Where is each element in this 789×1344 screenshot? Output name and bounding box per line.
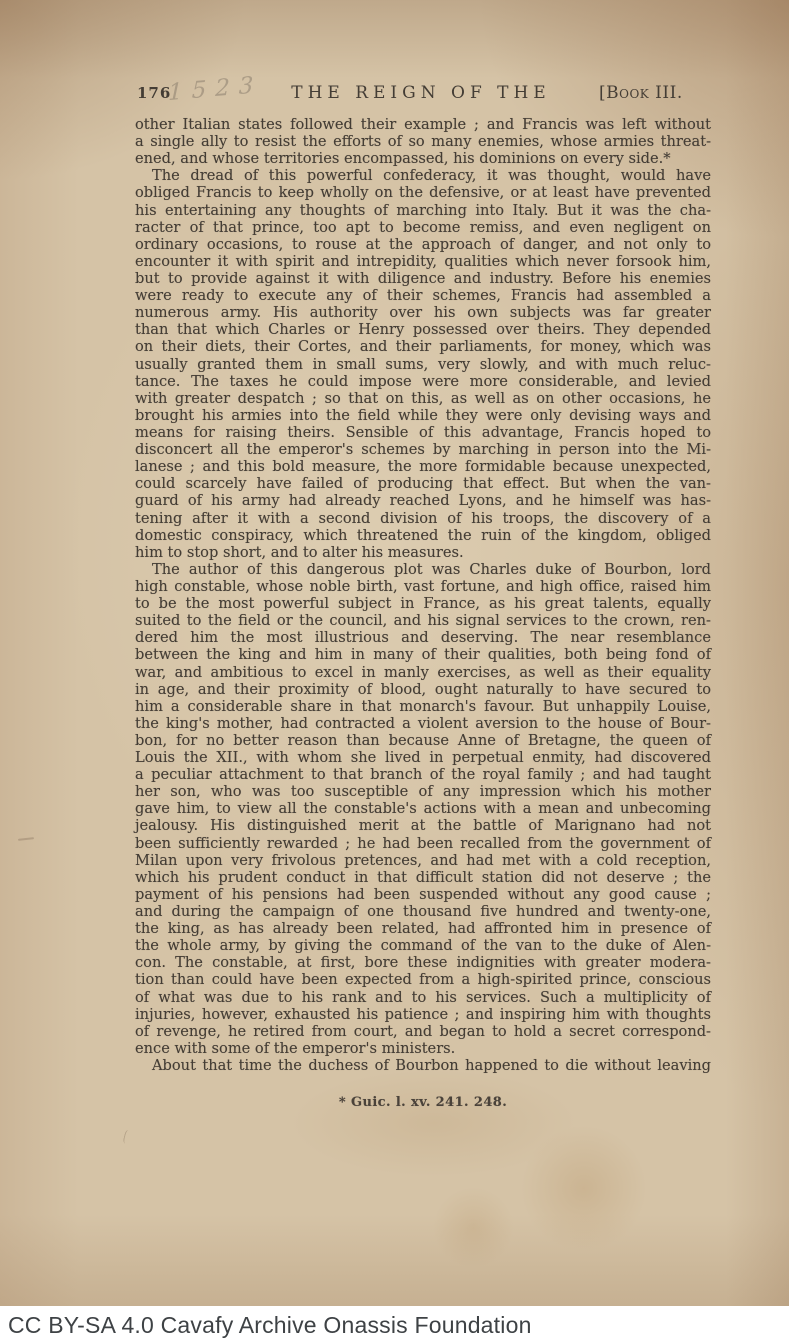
text-line: tion than could have been expected from … bbox=[135, 971, 711, 988]
text-line: to be the most powerful subject in Franc… bbox=[135, 595, 711, 612]
text-line: jealousy. His distinguished merit at the… bbox=[135, 817, 711, 834]
text-line: The dread of this powerful confederacy, … bbox=[135, 167, 711, 184]
text-line: means for raising theirs. Sensible of th… bbox=[135, 424, 711, 441]
text-line: About that time the duchess of Bourbon h… bbox=[135, 1057, 711, 1074]
text-line: ened, and whose territories encompassed,… bbox=[135, 150, 711, 167]
text-line: of what was due to his rank and to his s… bbox=[135, 989, 711, 1006]
text-line: Milan upon very frivolous pretences, and… bbox=[135, 852, 711, 869]
text-line: with greater despatch ; so that on this,… bbox=[135, 390, 711, 407]
text-line: racter of that prince, too apt to become… bbox=[135, 219, 711, 236]
text-line: obliged Francis to keep wholly on the de… bbox=[135, 184, 711, 201]
footnote-citation: * Guic. l. xv. 241. 248. bbox=[135, 1095, 711, 1110]
text-line: the whole army, by giving the command of… bbox=[135, 937, 711, 954]
text-line: domestic conspiracy, which threatened th… bbox=[135, 527, 711, 544]
text-line: him a considerable share in that monarch… bbox=[135, 698, 711, 715]
text-line: disconcert all the emperor's schemes by … bbox=[135, 441, 711, 458]
text-line: con. The constable, at first, bore these… bbox=[135, 954, 711, 971]
text-line: tening after it with a second division o… bbox=[135, 510, 711, 527]
text-line: suited to the field or the council, and … bbox=[135, 612, 711, 629]
text-line: a peculiar attachment to that branch of … bbox=[135, 766, 711, 783]
license-bar: CC BY-SA 4.0 Cavafy Archive Onassis Foun… bbox=[0, 1306, 789, 1344]
text-line: and during the campaign of one thousand … bbox=[135, 903, 711, 920]
scanned-book-page: 176 1523 THE REIGN OF THE [Book III. oth… bbox=[0, 0, 789, 1344]
text-line: brought his armies into the field while … bbox=[135, 407, 711, 424]
text-line: which his prudent conduct in that diffic… bbox=[135, 869, 711, 886]
text-line: The author of this dangerous plot was Ch… bbox=[135, 561, 711, 578]
text-line: on their diets, their Cortes, and their … bbox=[135, 338, 711, 355]
text-line: than that which Charles or Henry possess… bbox=[135, 321, 711, 338]
text-line: payment of his pensions had been suspend… bbox=[135, 886, 711, 903]
aged-paper-background: 176 1523 THE REIGN OF THE [Book III. oth… bbox=[0, 0, 789, 1306]
text-line: were ready to execute any of their schem… bbox=[135, 287, 711, 304]
text-line: between the king and him in many of thei… bbox=[135, 646, 711, 663]
text-line: other Italian states followed their exam… bbox=[135, 116, 711, 133]
text-line: a single ally to resist the efforts of s… bbox=[135, 133, 711, 150]
text-line: in age, and their proximity of blood, ou… bbox=[135, 681, 711, 698]
text-line: her son, who was too susceptible of any … bbox=[135, 783, 711, 800]
text-line: his entertaining any thoughts of marchin… bbox=[135, 202, 711, 219]
text-line: could scarcely have failed of producing … bbox=[135, 475, 711, 492]
text-line: high constable, whose noble birth, vast … bbox=[135, 578, 711, 595]
text-line: of revenge, he retired from court, and b… bbox=[135, 1023, 711, 1040]
text-line: gave him, to view all the constable's ac… bbox=[135, 800, 711, 817]
pencil-dash-mark bbox=[18, 837, 34, 841]
text-line: him to stop short, and to alter his meas… bbox=[135, 544, 711, 561]
text-line: tance. The taxes he could impose were mo… bbox=[135, 373, 711, 390]
license-text: CC BY-SA 4.0 Cavafy Archive Onassis Foun… bbox=[0, 1312, 532, 1339]
text-line: the king's mother, had contracted a viol… bbox=[135, 715, 711, 732]
text-line: ence with some of the emperor's minister… bbox=[135, 1040, 711, 1057]
page-number: 176 bbox=[137, 84, 171, 102]
book-number-label: [Book III. bbox=[599, 83, 683, 103]
text-line: guard of his army had already reached Ly… bbox=[135, 492, 711, 509]
text-line: been sufficiently rewarded ; he had been… bbox=[135, 835, 711, 852]
text-line: the king, as has already been related, h… bbox=[135, 920, 711, 937]
pencil-tick-mark bbox=[122, 1129, 132, 1144]
text-line: but to provide against it with diligence… bbox=[135, 270, 711, 287]
body-text-block: other Italian states followed their exam… bbox=[135, 116, 711, 1074]
text-line: encounter it with spirit and intrepidity… bbox=[135, 253, 711, 270]
running-title: THE REIGN OF THE bbox=[240, 83, 602, 103]
text-line: ordinary occasions, to rouse at the appr… bbox=[135, 236, 711, 253]
text-line: dered him the most illustrious and deser… bbox=[135, 629, 711, 646]
text-line: numerous army. His authority over his ow… bbox=[135, 304, 711, 321]
text-line: usually granted them in small sums, very… bbox=[135, 356, 711, 373]
text-line: war, and ambitious to excel in manly exe… bbox=[135, 664, 711, 681]
text-line: bon, for no better reason than because A… bbox=[135, 732, 711, 749]
text-line: injuries, however, exhausted his patienc… bbox=[135, 1006, 711, 1023]
text-line: Louis the XII., with whom she lived in p… bbox=[135, 749, 711, 766]
text-line: lanese ; and this bold measure, the more… bbox=[135, 458, 711, 475]
